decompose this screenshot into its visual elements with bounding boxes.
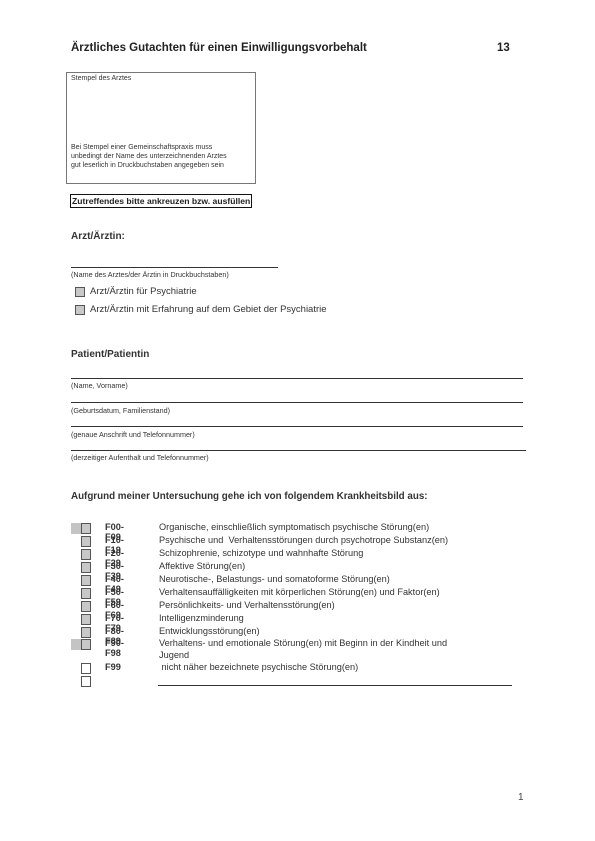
doctor-heading: Arzt/Ärztin: [71, 231, 125, 242]
checkbox[interactable] [81, 549, 91, 560]
form-number: 13 [497, 42, 510, 54]
checkbox[interactable] [81, 523, 91, 534]
patient-name-caption: (Name, Vorname) [71, 381, 128, 390]
icd-code: F99 [105, 662, 121, 672]
instruction-box: Zutreffendes bitte ankreuzen bzw. ausfül… [70, 194, 252, 208]
diagnosis-text: Verhaltensauffälligkeiten mit körperlich… [159, 587, 440, 597]
checkbox[interactable] [75, 287, 85, 297]
diagnosis-text: Affektive Störung(en) [159, 561, 245, 571]
patient-address-line[interactable] [71, 426, 523, 427]
checkbox[interactable] [81, 588, 91, 599]
diagnosis-text: Psychische und Verhaltensstörungen durch… [159, 535, 448, 545]
icd-code: F90-F98 [105, 638, 124, 658]
page-number: 1 [518, 792, 524, 803]
diagnosis-text: Neurotische-, Belastungs- und somatoform… [159, 574, 390, 584]
checkbox[interactable] [81, 663, 91, 674]
row-highlight [71, 523, 81, 534]
patient-address-caption: (genaue Anschrift und Telefonnummer) [71, 430, 195, 439]
patient-residence-line[interactable] [71, 450, 526, 451]
checkbox[interactable] [81, 676, 91, 687]
diagnosis-heading: Aufgrund meiner Untersuchung gehe ich vo… [71, 491, 428, 502]
diagnosis-text: Schizophrenie, schizotype und wahnhafte … [159, 548, 363, 558]
checkbox[interactable] [81, 601, 91, 612]
checkbox[interactable] [81, 562, 91, 573]
patient-heading: Patient/Patientin [71, 349, 149, 360]
doctor-name-line[interactable] [71, 267, 278, 268]
diagnosis-text-continued: Jugend [159, 650, 189, 660]
checkbox[interactable] [81, 536, 91, 547]
option-label: Arzt/Ärztin mit Erfahrung auf dem Gebiet… [90, 304, 327, 315]
diagnosis-text: Intelligenzminderung [159, 613, 244, 623]
checkbox[interactable] [75, 305, 85, 315]
diagnosis-text: Verhaltens- und emotionale Störung(en) m… [159, 638, 447, 648]
other-diagnosis-line[interactable] [158, 685, 512, 686]
patient-birth-caption: (Geburtsdatum, Familienstand) [71, 406, 170, 415]
diagnosis-text: Organische, einschließlich symptomatisch… [159, 522, 429, 532]
diagnosis-text: nicht näher bezeichnete psychische Störu… [159, 662, 358, 672]
checkbox[interactable] [81, 639, 91, 650]
option-label: Arzt/Ärztin für Psychiatrie [90, 286, 197, 297]
diagnosis-text: Entwicklungsstörung(en) [159, 626, 260, 636]
diagnosis-text: Persönlichkeits- und Verhaltensstörung(e… [159, 600, 335, 610]
patient-name-line[interactable] [71, 378, 523, 379]
doctor-name-caption: (Name des Arztes/der Ärztin in Druckbuch… [71, 270, 229, 279]
doctor-stamp-box[interactable]: Stempel des Arztes Bei Stempel einer Gem… [66, 72, 256, 184]
row-highlight [71, 639, 81, 650]
patient-residence-caption: (derzeitiger Aufenthalt und Telefonnumme… [71, 453, 209, 462]
stamp-note: Bei Stempel einer Gemeinschaftspraxis mu… [71, 143, 227, 170]
checkbox[interactable] [81, 575, 91, 586]
checkbox[interactable] [81, 614, 91, 625]
stamp-label: Stempel des Arztes [71, 75, 131, 82]
patient-birth-line[interactable] [71, 402, 523, 403]
checkbox[interactable] [81, 627, 91, 638]
document-title: Ärztliches Gutachten für einen Einwillig… [71, 42, 367, 54]
